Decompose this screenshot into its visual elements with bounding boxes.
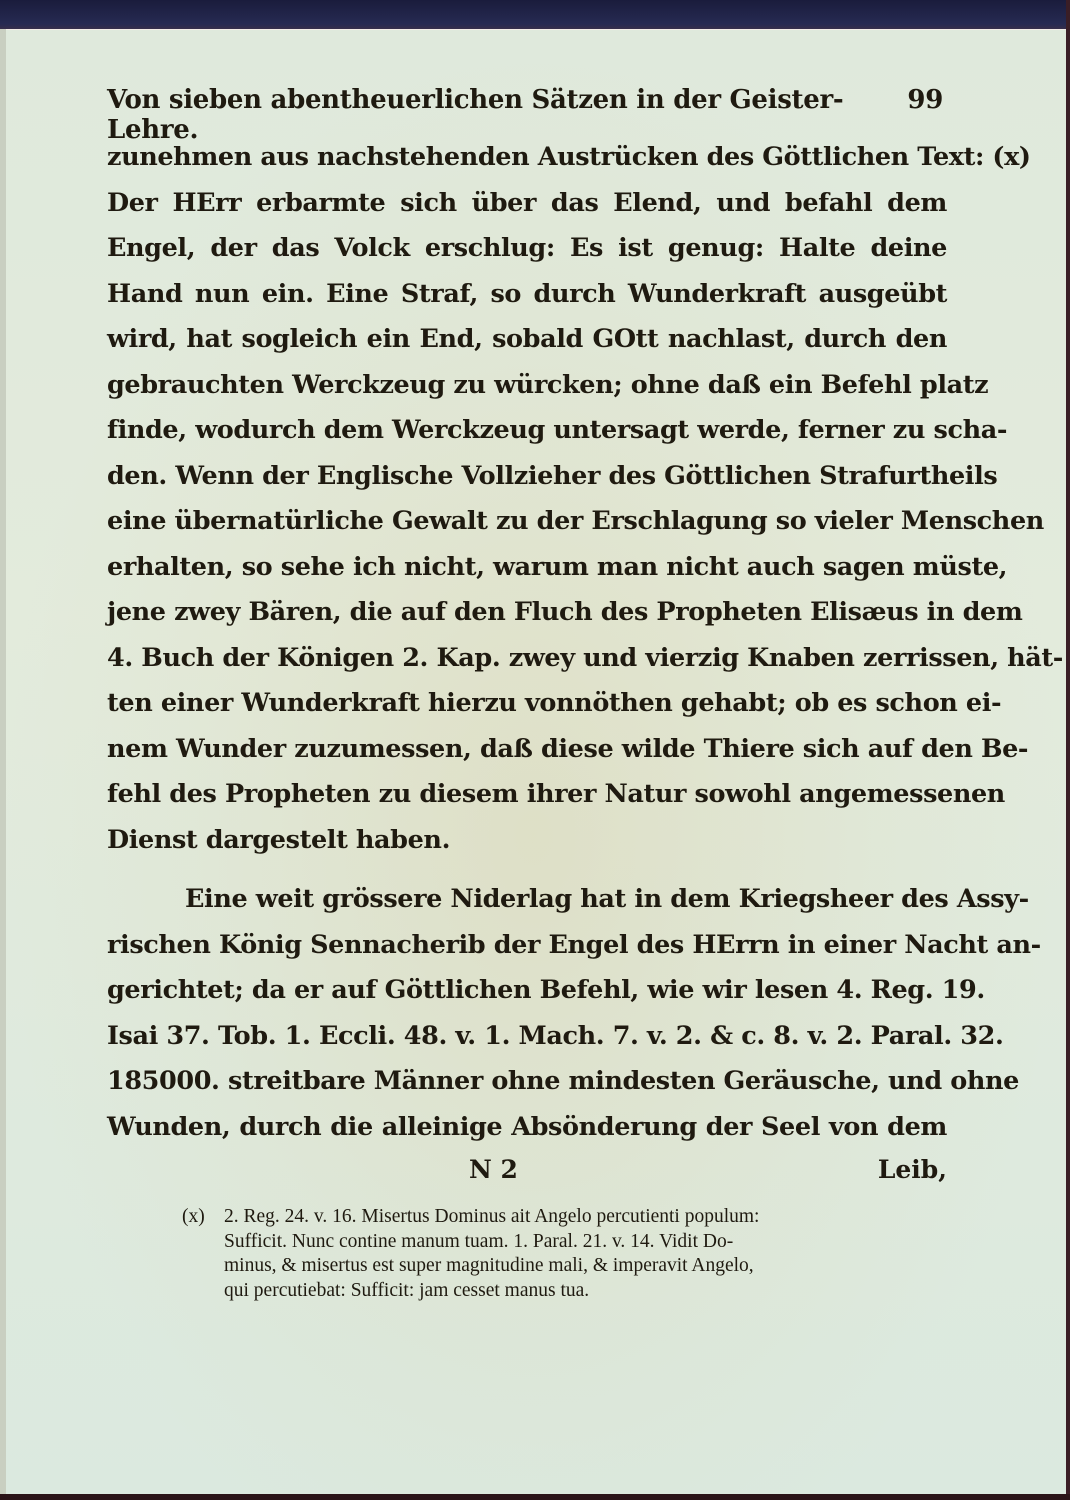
scan-background-top — [0, 0, 1070, 30]
text-line: Hand nun ein. Eine Straf, so durch Wunde… — [107, 272, 947, 318]
page-left-edge — [0, 29, 6, 1494]
text-line: Eine weit grössere Niderlag hat in dem K… — [107, 877, 947, 923]
text-line: jene zwey Bären, die auf den Fluch des P… — [107, 590, 947, 636]
text-line: fehl des Propheten zu diesem ihrer Natur… — [107, 772, 947, 818]
text-line: wird, hat sogleich ein End, sobald GOtt … — [107, 317, 947, 363]
text-line: erhalten, so sehe ich nicht, warum man n… — [107, 545, 947, 591]
footnote: (x)2. Reg. 24. v. 16. Misertus Dominus a… — [182, 1205, 952, 1303]
text-line: Wunden, durch die alleinige Absönderung … — [107, 1105, 947, 1151]
text-line: Dienst dargestelt haben. — [107, 818, 947, 864]
running-head: Von sieben abentheuerlichen Sätzen in de… — [107, 85, 947, 135]
page-number: 99 — [907, 85, 947, 115]
text-line: 4. Buch der Königen 2. Kap. zwey und vie… — [107, 636, 947, 682]
text-line: zunehmen aus nachstehenden Austrücken de… — [107, 135, 947, 181]
text-line: den. Wenn der Englische Vollzieher des G… — [107, 454, 947, 500]
text-line: gerichtet; da er auf Göttlichen Befehl, … — [107, 968, 947, 1014]
text-line: Isai 37. Tob. 1. Eccli. 48. v. 1. Mach. … — [107, 1014, 947, 1060]
signature-mark: N 2 — [469, 1150, 518, 1190]
paragraph-1: zunehmen aus nachstehenden Austrücken de… — [107, 135, 947, 863]
catchword: Leib, — [878, 1150, 947, 1190]
scan-background-bottom — [0, 1494, 1070, 1500]
text-line: finde, wodurch dem Werckzeug untersagt w… — [107, 408, 947, 454]
footnote-text: 2. Reg. 24. v. 16. Misertus Dominus ait … — [224, 1206, 759, 1227]
text-line: 185000. streitbare Männer ohne mindesten… — [107, 1059, 947, 1105]
footnote-line: minus, & misertus est super magnitudine … — [182, 1254, 952, 1279]
footnote-line: (x)2. Reg. 24. v. 16. Misertus Dominus a… — [182, 1205, 952, 1230]
paragraph-gap — [107, 863, 947, 877]
text-line: nem Wunder zuzumessen, daß diese wilde T… — [107, 727, 947, 773]
text-line: eine übernatürliche Gewalt zu der Erschl… — [107, 499, 947, 545]
text-line: gebrauchten Werckzeug zu würcken; ohne d… — [107, 363, 947, 409]
catchline: N 2 Leib, — [107, 1150, 947, 1190]
page-right-edge — [1066, 0, 1070, 1500]
paragraph-2: Eine weit grössere Niderlag hat in dem K… — [107, 877, 947, 1150]
footnote-line: qui percutiebat: Sufficit: jam cesset ma… — [182, 1279, 952, 1304]
footnote-line: Sufficit. Nunc contine manum tuam. 1. Pa… — [182, 1230, 952, 1255]
text-line: Der HErr erbarmte sich über das Elend, u… — [107, 181, 947, 227]
page-text: Von sieben abentheuerlichen Sätzen in de… — [107, 85, 947, 1190]
text-line: ten einer Wunderkraft hierzu vonnöthen g… — [107, 681, 947, 727]
footnote-marker: (x) — [182, 1205, 224, 1230]
text-line: Engel, der das Volck erschlug: Es ist ge… — [107, 226, 947, 272]
text-line: rischen König Sennacherib der Engel des … — [107, 923, 947, 969]
